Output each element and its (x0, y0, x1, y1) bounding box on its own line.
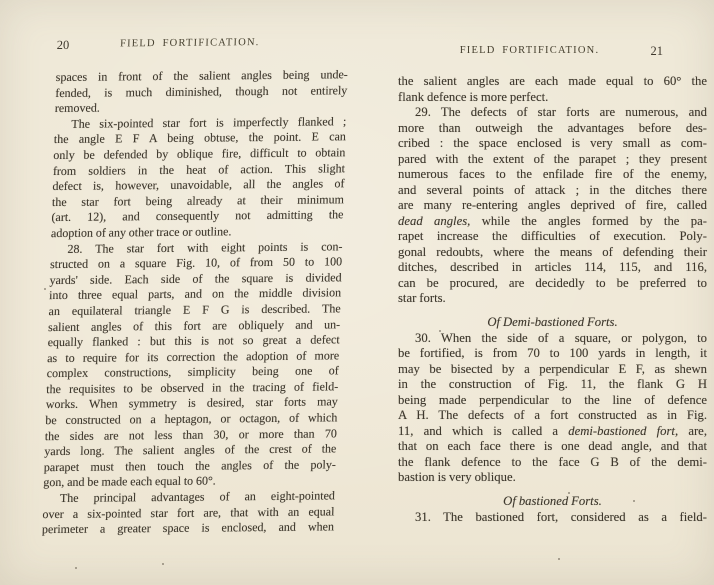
paragraph: 28. The star fort with eight points is c… (43, 239, 343, 491)
text-line: gonal redoubts, where the means of defen… (398, 245, 707, 261)
section-heading: Of Demi-bastioned Forts. (398, 315, 707, 331)
right-page: FIELD FORTIFICATION. 21 the salient angl… (398, 42, 707, 525)
text-line: dead angles, while the angles formed by … (398, 214, 707, 230)
paragraph: the salient angles are each made equal t… (398, 74, 707, 105)
text-line: cribed : the space enclosed is very smal… (398, 136, 707, 152)
text-line: flank defence is more perfect. (398, 90, 707, 106)
text-line: 11, and which is called a demi-bastioned… (398, 424, 707, 440)
text-line: (art. 12), and consequently not admittin… (51, 208, 343, 226)
left-page-number: 20 (57, 38, 70, 53)
left-page-text: spaces in front of the salient angles be… (42, 67, 348, 538)
paragraph: The six-pointed star fort is imperfectly… (51, 114, 347, 242)
text-line: are many re-entering angles deprived of … (398, 198, 707, 214)
text-line: rapet increase the difficulties of execu… (398, 229, 707, 245)
ink-speck (75, 567, 77, 569)
text-line: may be bisected by a perpendicular E F, … (398, 362, 707, 378)
ink-speck (633, 500, 635, 502)
text-line: can be procured, are decidedly to be pre… (398, 276, 707, 292)
text-line: A H. The defects of a fort constructed a… (398, 408, 707, 424)
text-line: more than outweigh the advantages before… (398, 121, 707, 137)
text-line: that on each face there is one dead angl… (398, 439, 707, 455)
text-line: 29. The defects of star forts are numero… (398, 105, 707, 121)
book-scan: 20 FIELD FORTIFICATION. spaces in front … (0, 0, 714, 585)
text-line: ditches, described in articles 114, 115,… (398, 260, 707, 276)
right-page-header: FIELD FORTIFICATION. 21 (398, 42, 707, 58)
left-page-header: 20 FIELD FORTIFICATION. (57, 35, 349, 54)
text-line: star forts. (398, 291, 707, 307)
text-line: fended, is much diminished, though not e… (55, 83, 347, 101)
text-line: perimeter a greater space is enclosed, a… (42, 520, 334, 538)
paragraph: 29. The defects of star forts are numero… (398, 105, 707, 307)
text-line: 31. The bastioned fort, considered as a … (398, 510, 707, 526)
paragraph: 30. When the side of a square, or polygo… (398, 331, 707, 486)
text-line: the salient angles are each made equal t… (398, 74, 707, 90)
section-heading: Of bastioned Forts. (398, 494, 707, 510)
ink-speck (439, 330, 441, 332)
left-page: 20 FIELD FORTIFICATION. spaces in front … (42, 35, 349, 538)
text-line: and several points of attack ; in the di… (398, 183, 707, 199)
paragraph: The principal advantages of an eight-poi… (42, 488, 335, 538)
text-line: numerous faces to the enfilade fire of t… (398, 167, 707, 183)
right-running-title: FIELD FORTIFICATION. (460, 45, 600, 56)
right-page-text: the salient angles are each made equal t… (398, 74, 707, 525)
ink-speck (162, 563, 164, 565)
text-line: pared with the extent of the parapet ; t… (398, 152, 707, 168)
left-running-title: FIELD FORTIFICATION. (120, 37, 260, 49)
ink-speck (558, 558, 560, 560)
text-line: bastion is very oblique. (398, 470, 707, 486)
paragraph: spaces in front of the salient angles be… (55, 67, 348, 117)
text-line: be fortified, is from 70 to 100 yards in… (398, 346, 707, 362)
text-line: in the construction of Fig. 11, the flan… (398, 377, 707, 393)
text-line: being made perpendicular to the line of … (398, 393, 707, 409)
paragraph: 31. The bastioned fort, considered as a … (398, 510, 707, 526)
right-page-number: 21 (651, 44, 664, 59)
text-line: 30. When the side of a square, or polygo… (398, 331, 707, 347)
text-line: the flank defence to the face G B of the… (398, 455, 707, 471)
ink-speck (44, 288, 46, 290)
ink-speck (568, 492, 570, 494)
